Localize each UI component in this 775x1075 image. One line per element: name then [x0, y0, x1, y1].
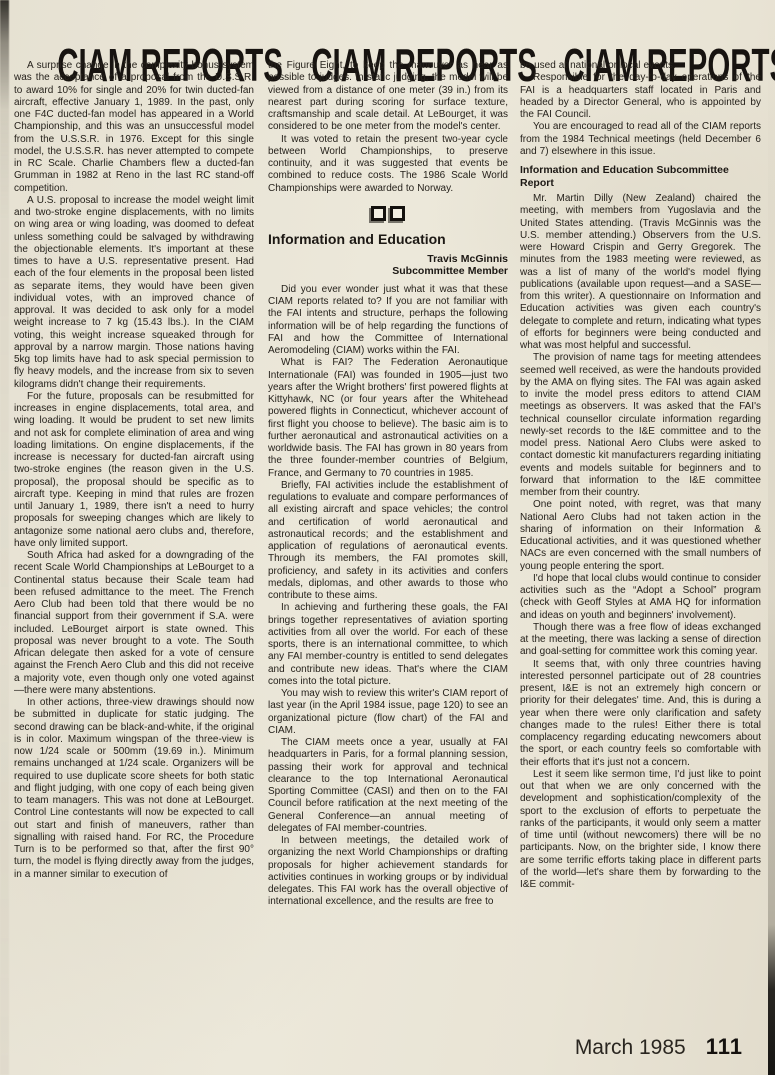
- paragraph: Though there was a free flow of ideas ex…: [520, 622, 761, 659]
- paragraph: In other actions, three-view drawings sh…: [14, 697, 254, 881]
- article-column-2: the Figure Eight, to keep the maneuver a…: [268, 60, 508, 1062]
- paragraph: South Africa had asked for a downgrading…: [14, 550, 254, 697]
- paragraph: be used at national or local events.: [520, 60, 761, 72]
- article-column-1: A surprise change in the complexity bonu…: [14, 60, 254, 1062]
- magazine-page: CIAM REPORTS CIAM REPORTS CIAM REPORTS A…: [0, 0, 775, 1075]
- paragraph: A U.S. proposal to increase the model we…: [14, 195, 254, 391]
- paragraph: Did you ever wonder just what it was tha…: [268, 284, 508, 358]
- byline-role: Subcommittee Member: [268, 265, 508, 277]
- byline: Travis McGinnisSubcommittee Member: [268, 253, 508, 277]
- page-number: 111: [706, 1034, 743, 1060]
- paragraph: You may wish to review this writer's CIA…: [268, 688, 508, 737]
- paragraph: Mr. Martin Dilly (New Zealand) chaired t…: [520, 193, 761, 352]
- section-subhead: Information and Education: [268, 231, 508, 247]
- paragraph: the Figure Eight, to keep the maneuver a…: [268, 60, 508, 134]
- paragraph: The provision of name tags for meeting a…: [520, 352, 761, 499]
- paragraph: Responsible for the day-to-day operation…: [520, 72, 761, 121]
- paragraph: Lest it seem like sermon time, I'd just …: [520, 769, 761, 892]
- paragraph: It was voted to retain the present two-y…: [268, 134, 508, 195]
- issue-date: March 1985: [575, 1036, 686, 1060]
- paragraph: What is FAI? The Federation Aeronautique…: [268, 357, 508, 480]
- page-footer: March 1985 111: [575, 1034, 743, 1060]
- section-subhead: Information and Education Subcommittee R…: [520, 164, 761, 189]
- paragraph: It seems that, with only three countries…: [520, 659, 761, 769]
- article-column-3: be used at national or local events.Resp…: [520, 60, 761, 1062]
- paragraph: A surprise change in the complexity bonu…: [14, 60, 254, 195]
- section-divider: [268, 206, 508, 223]
- paragraph: You are encouraged to read all of the CI…: [520, 121, 761, 158]
- byline-author: Travis McGinnis: [268, 253, 508, 265]
- paragraph: In between meetings, the detailed work o…: [268, 835, 508, 909]
- scan-edge-left: [0, 0, 9, 1075]
- paragraph: One point noted, with regret, was that m…: [520, 499, 761, 573]
- two-squares-icon: [371, 206, 386, 221]
- paragraph: The CIAM meets once a year, usually at F…: [268, 737, 508, 835]
- paragraph: Briefly, FAI activities include the esta…: [268, 480, 508, 603]
- paragraph: I'd hope that local clubs would continue…: [520, 573, 761, 622]
- paragraph: In achieving and furthering these goals,…: [268, 602, 508, 688]
- scan-edge-right: [768, 0, 775, 1075]
- paragraph: For the future, proposals can be resubmi…: [14, 391, 254, 550]
- two-squares-icon: [390, 206, 405, 221]
